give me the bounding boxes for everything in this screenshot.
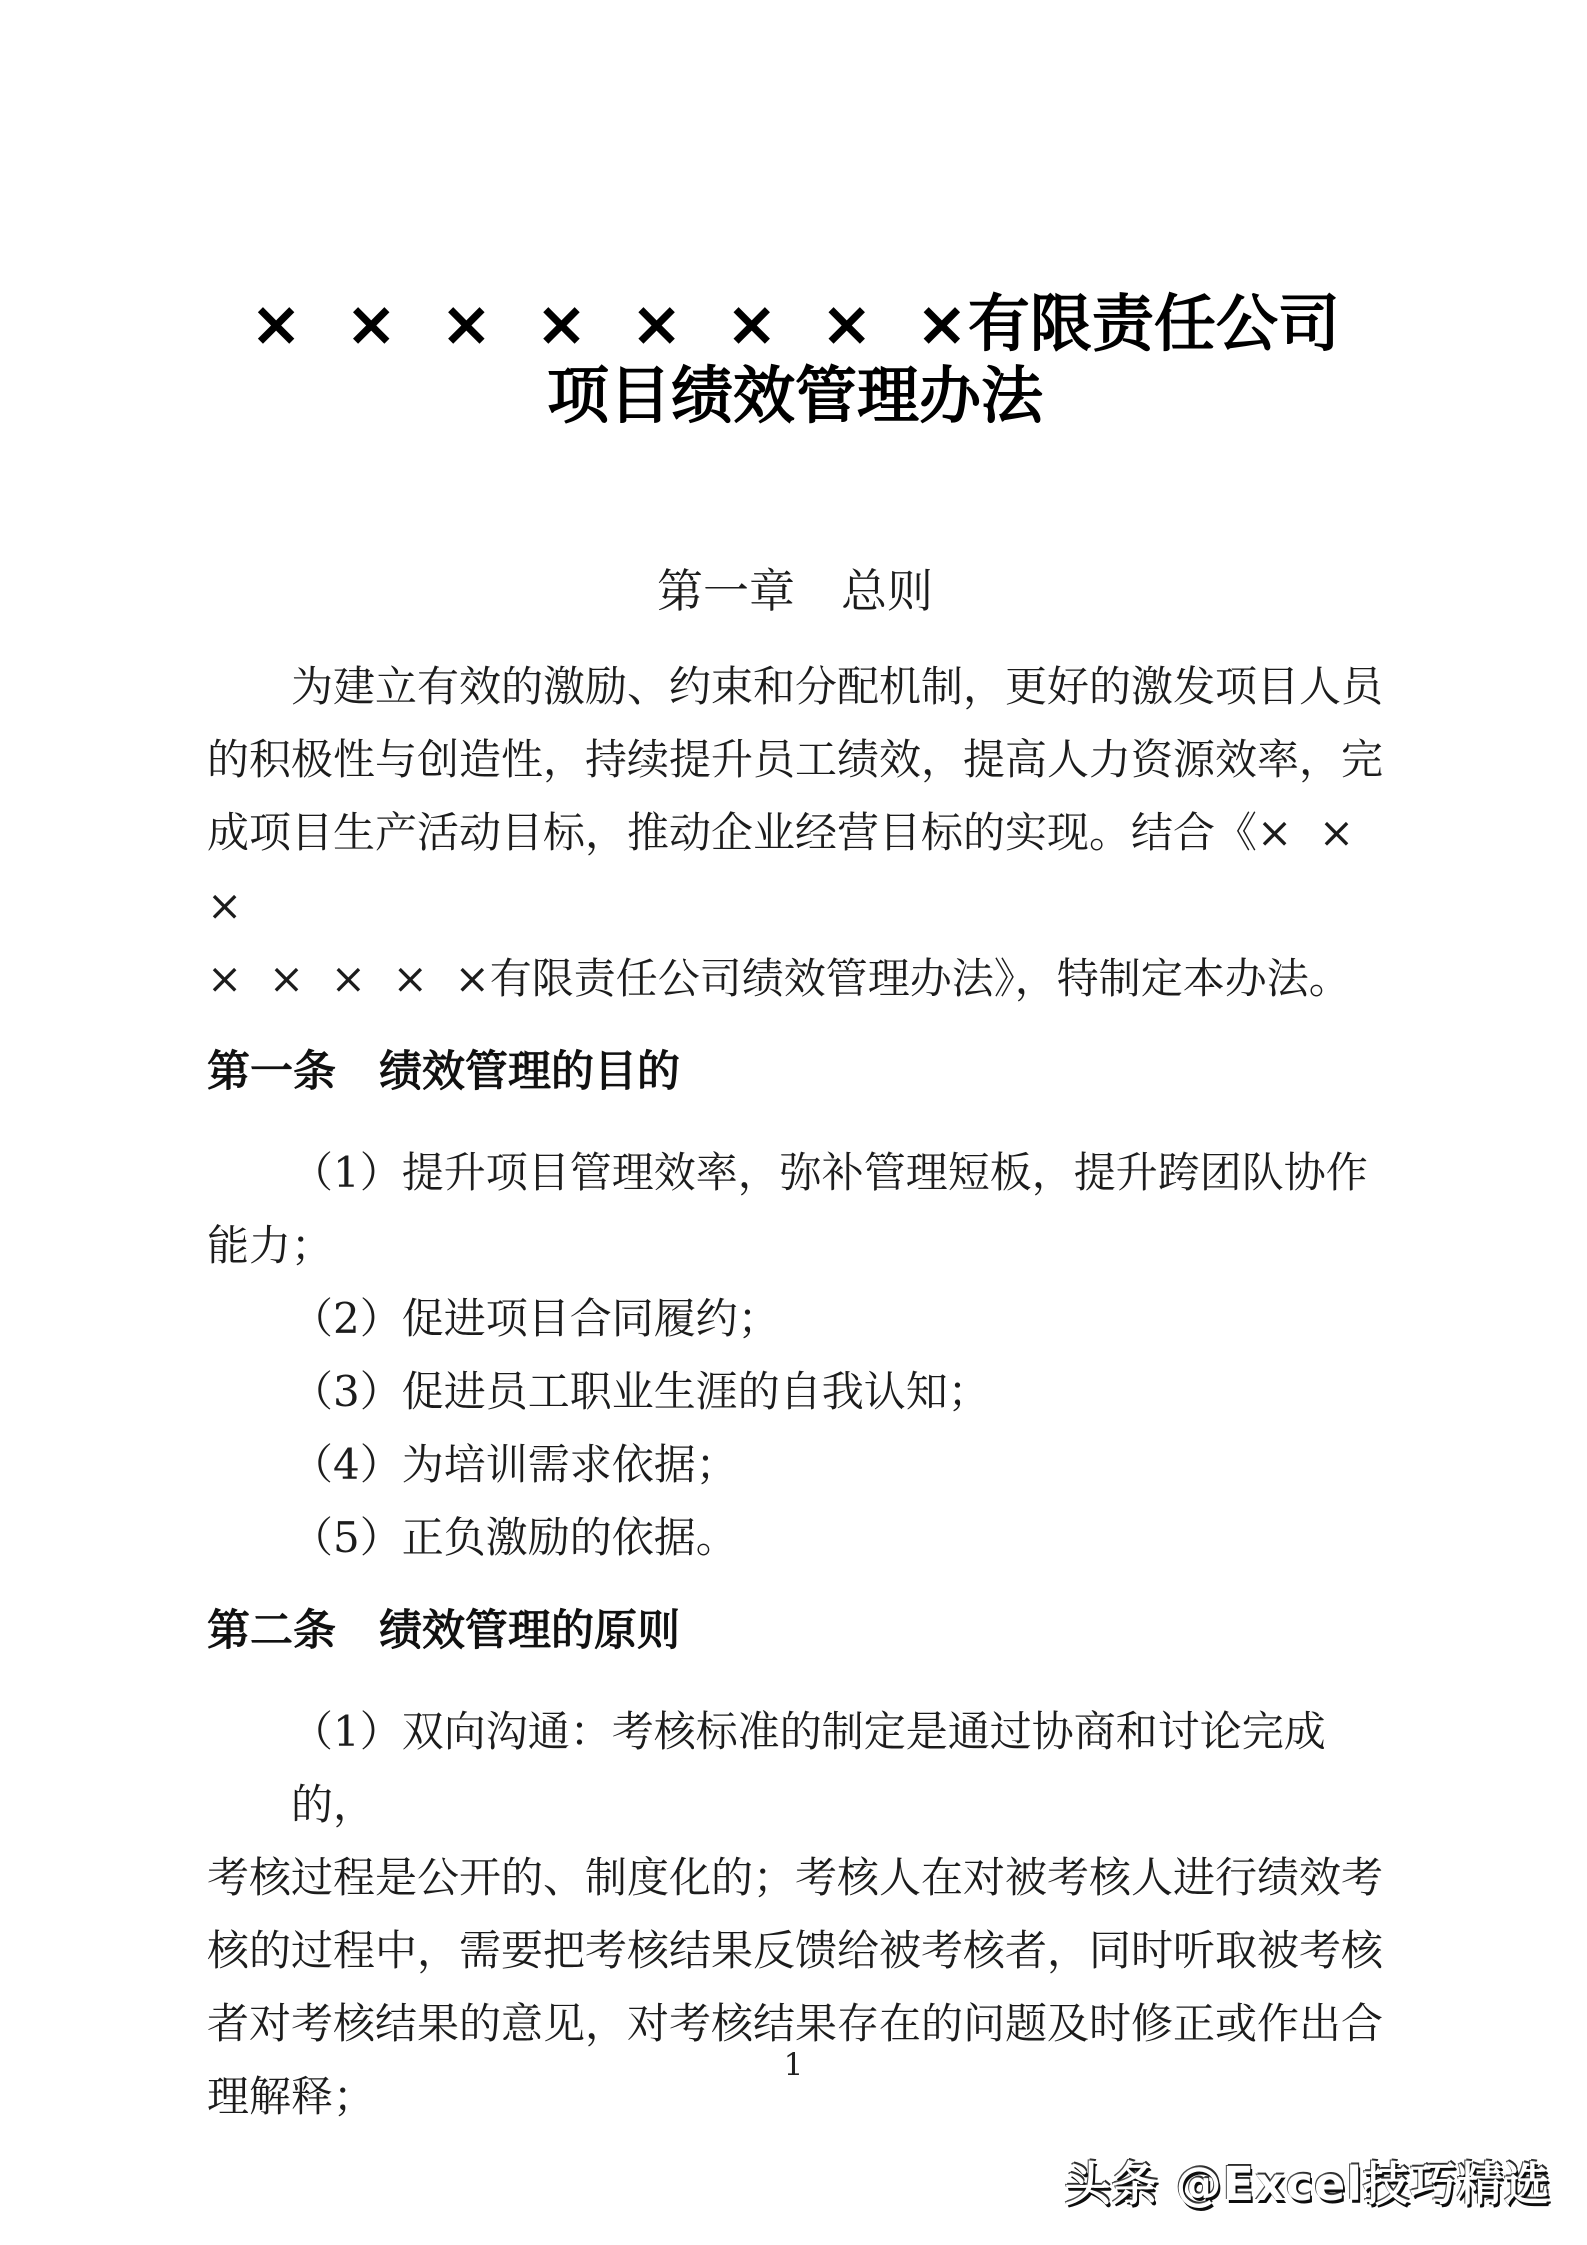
intro-line: 成项目生产活动目标，推动企业经营目标的实现。结合《× × × (207, 796, 1383, 942)
intro-paragraph: 为建立有效的激励、约束和分配机制，更好的激发项目人员 的积极性与创造性，持续提升… (207, 650, 1383, 1015)
document-title-line1: × × × × × × × ×有限责任公司 (207, 288, 1383, 360)
article1-line: （1）提升项目管理效率，弥补管理短板，提升跨团队协作 (207, 1136, 1383, 1209)
chapter-heading: 第一章 总则 (207, 555, 1383, 628)
article2-line: 核的过程中，需要把考核结果反馈给被考核者，同时听取被考核 (207, 1914, 1383, 1987)
article1-line: （2）促进项目合同履约； (207, 1282, 1383, 1355)
intro-line: × × × × ×有限责任公司绩效管理办法》，特制定本办法。 (207, 942, 1383, 1015)
toutiao-watermark: 头条 @Excel技巧精选 (1065, 2156, 1551, 2212)
article1-line: 能力； (207, 1209, 1383, 1282)
article2-heading: 第二条 绩效管理的原则 (207, 1595, 1383, 1668)
article1-line: （5）正负激励的依据。 (207, 1501, 1383, 1574)
document-content: × × × × × × × ×有限责任公司 项目绩效管理办法 第一章 总则 为建… (0, 0, 1587, 2133)
document-page: × × × × × × × ×有限责任公司 项目绩效管理办法 第一章 总则 为建… (0, 0, 1587, 2245)
article1-body: （1）提升项目管理效率，弥补管理短板，提升跨团队协作 能力； （2）促进项目合同… (207, 1136, 1383, 1574)
article2-line: 考核过程是公开的、制度化的；考核人在对被考核人进行绩效考 (207, 1841, 1383, 1914)
document-title: × × × × × × × ×有限责任公司 项目绩效管理办法 (207, 288, 1383, 432)
page-number: 1 (0, 2042, 1587, 2088)
intro-line: 为建立有效的激励、约束和分配机制，更好的激发项目人员 (207, 650, 1383, 723)
article1-heading: 第一条 绩效管理的目的 (207, 1036, 1383, 1109)
document-title-line2: 项目绩效管理办法 (207, 360, 1383, 432)
intro-line: 的积极性与创造性，持续提升员工绩效，提高人力资源效率，完 (207, 723, 1383, 796)
article1-line: （3）促进员工职业生涯的自我认知； (207, 1355, 1383, 1428)
article1-line: （4）为培训需求依据； (207, 1428, 1383, 1501)
article2-line: （1）双向沟通：考核标准的制定是通过协商和讨论完成的， (207, 1695, 1383, 1841)
